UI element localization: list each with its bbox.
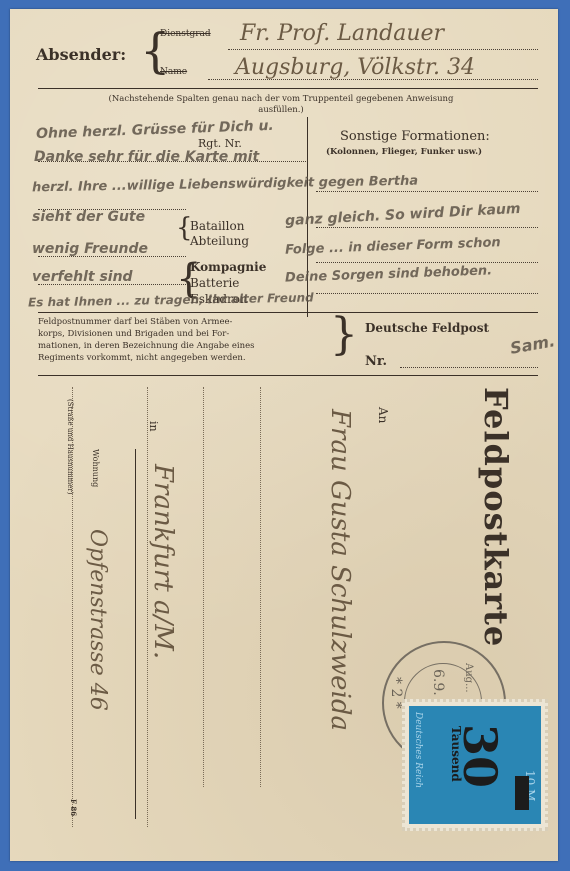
recipient-city: Frankfurt a/M. <box>148 464 178 659</box>
in-label: in <box>147 421 160 432</box>
note-bottom-divider <box>38 375 538 376</box>
note-line: Regiments vorkommt, nicht angegeben werd… <box>38 352 328 364</box>
card-title: Feldpostkarte <box>477 387 515 647</box>
instruction-text: (Nachstehende Spalten genau nach der vom… <box>86 94 476 116</box>
rank-value: Fr. Prof. Landauer <box>240 21 444 46</box>
division-label: Abteilung <box>190 234 249 248</box>
note-top-divider <box>38 312 538 313</box>
note-brace: } <box>330 313 358 357</box>
message-line-4: sieht der Gute <box>32 209 145 225</box>
recipient-name: Frau Gusta Schulzweida <box>325 409 355 731</box>
message-line-5: ganz gleich. So wird Dir kaum <box>285 201 521 229</box>
battery-label: Batterie <box>190 276 239 290</box>
feldpostkarte: Absender: { Dienstgrad Name Fr. Prof. La… <box>10 9 558 861</box>
stamp-cancel-bar <box>515 776 529 810</box>
other-formations-subtitle: (Kolonnen, Flieger, Funker usw.) <box>326 147 482 157</box>
rank-label: Dienstgrad <box>160 29 211 39</box>
message-line-6: wenig Freunde <box>32 241 148 257</box>
battalion-label: Bataillon <box>190 219 244 233</box>
formation-line-2 <box>316 227 538 228</box>
message-line-2: Danke sehr für die Karte mit <box>34 149 259 165</box>
stamp-country: Deutsches Reich <box>413 712 423 788</box>
feldpost-label: Deutsche Feldpost <box>365 321 489 335</box>
to-label: An <box>376 407 390 423</box>
name-label: Name <box>160 67 187 77</box>
postmark-place: Aug... <box>463 663 474 693</box>
street-label: Wohnung <box>91 449 100 487</box>
feldpost-note: Feldpostnummer darf bei Stäben von Armee… <box>38 316 328 364</box>
company-label: Kompagnie <box>190 260 266 274</box>
formation-line-4 <box>316 293 538 294</box>
print-code: F 86 <box>69 799 78 816</box>
postage-stamp: Deutsches Reich 10 M 30 Tausend <box>402 699 548 831</box>
sender-divider <box>38 88 538 89</box>
message-line-8: verfehlt sind <box>32 269 133 285</box>
note-line: mationen, in deren Bezeichnung die Angab… <box>38 340 328 352</box>
address-line-3 <box>203 387 204 787</box>
message-line-10: Es hat Ihnen ... zu tragen, Ihr alter Fr… <box>28 291 314 310</box>
stamp-surcharge-text: Tausend <box>449 726 463 782</box>
note-line: Feldpostnummer darf bei Stäben von Armee… <box>38 316 328 328</box>
address-line-4 <box>260 387 261 787</box>
recipient-street: Opfenstrasse 46 <box>85 529 110 711</box>
message-line-3: herzl. Ihre ...willige Liebenswürdigkeit… <box>32 174 418 196</box>
address-solid-line <box>135 449 136 819</box>
feldpost-nr-field <box>400 367 538 368</box>
other-formations-title: Sonstige Formationen: <box>340 129 490 144</box>
message-line-7: Folge ... in dieser Form schon <box>285 235 501 258</box>
rank-field-line <box>228 49 538 50</box>
message-signature: Sam. <box>509 331 557 358</box>
sender-label: Absender: <box>36 45 126 64</box>
note-line: korps, Divisionen und Brigaden und bei F… <box>38 328 328 340</box>
name-value: Augsburg, Völkstr. 34 <box>235 55 475 80</box>
stamp-face: Deutsches Reich 10 M 30 Tausend <box>409 706 541 824</box>
feldpost-nr-label: Nr. <box>365 354 387 369</box>
message-line-9: Deine Sorgen sind behoben. <box>285 263 493 285</box>
formation-line-1 <box>316 191 538 192</box>
postmark-date: 6.9. <box>430 669 446 696</box>
street-sublabel: (Straße und Hausnummer) <box>66 399 74 495</box>
formation-line-3 <box>316 262 538 263</box>
